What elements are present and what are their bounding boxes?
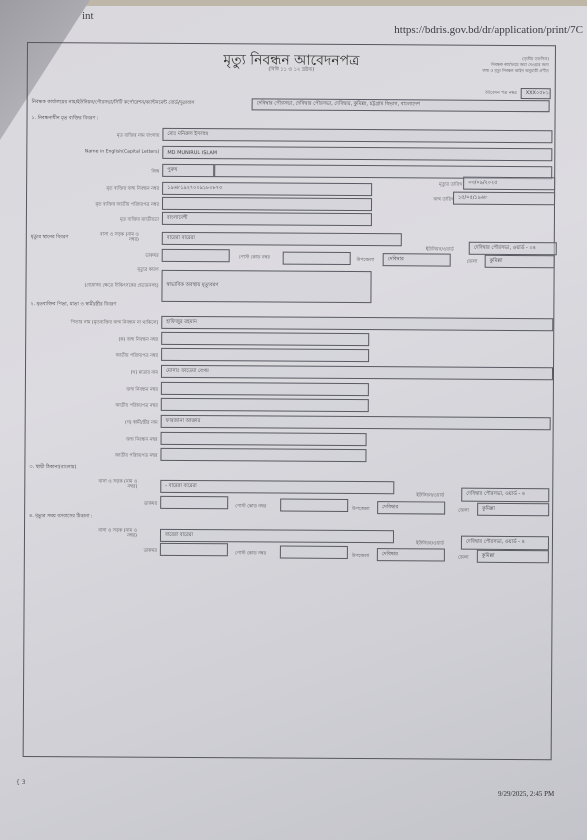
mother-brn-field [161,382,369,396]
death-upazila-label: উপজেলা [357,256,374,264]
birth-date-field: ১৫/০৫/১৯৬৮ [453,192,555,206]
mother-field: মোসাঃ ফাতেমা বেগম [161,365,553,380]
spouse-nid-field [160,448,366,462]
section-1-heading: ১. নিবন্ধনাধীন মৃত ব্যক্তির বিবরণ : [32,115,99,123]
perm-ward-field: দেবিদ্বার পৌরসভা, ওয়ার্ড - ৪ [461,488,549,503]
office-label: নিবন্ধক কার্যালয়ের নাম/ইউনিয়ন/পৌরসভা/স… [32,99,195,108]
father-label: পিতার নাম (মৃতব্যক্তির জন্ম নিবন্ধন না থ… [71,318,159,327]
spouse-nid-label: জাতীয় পরিচয়পত্র নম্বর [115,452,158,460]
perm-post-field [160,496,228,509]
application-number-field: XXX০৫৮১৪ [521,88,551,99]
cause-sub-label: (প্রযোজ্য ক্ষেত্রে চিকিৎসকের প্রত্যয়নসহ… [85,281,159,289]
gender-label: লিঙ্গ [151,168,159,176]
perm-house-label: বাসা ও সড়ক (নাম ও নম্বর) [97,479,137,489]
name-en-label: Name in English(Capital Letters) [85,149,159,154]
gender-field: পুরুষ [162,164,214,177]
death-date-label: মৃত্যুর তারিখ [439,181,462,189]
cause-field: স্বাভাবিক অবস্থায় মৃত্যুবরণ [161,270,371,303]
death-date-field: ০৩/০৯/২০২৫ [463,177,555,191]
mother-label: (খ) মাতার নাম [131,369,158,377]
perm-post-label: ডাকঘর [144,500,157,508]
section-3-heading: ৩. স্থায়ী ঠিকানা(বাংলায়) [29,464,76,472]
birth-date-label: জন্ম তারিখ [433,195,454,203]
death-house-field: বারেরা বারেরা [162,232,402,246]
death-place-label: মৃত্যুর স্থানের বিবরণ [31,234,69,242]
death-post-field [162,249,230,262]
form-frame: মৃত্যু নিবন্ধন আবেদনপত্র (বিধি ১১ ও ১২ দ… [23,42,556,760]
brn-field: ১৯৬৮১৯২৭০০৯১৮০৮৭৩ [162,182,372,196]
brn-label: মৃত ব্যক্তির জন্ম নিবন্ধন নম্বর [106,184,159,192]
section-4-heading: ৪. মৃত্যুর সময় বসবাসের ঠিকানা : [29,513,92,521]
res-ward-field: দেবিদ্বার পৌরসভা, ওয়ার্ড - ৪ [461,536,549,551]
res-upazila-label: উপজেলা [352,552,369,560]
perm-house-field: - বারেরা বারেরা [160,480,394,494]
death-postcode-field [283,252,351,265]
nationality-field: বাংলাদেশী [162,212,372,226]
death-district-field: কুমিল্লা [485,255,555,268]
res-house-field: বারেরা বারেরা [160,529,394,543]
perm-upazila-label: উপজেলা [352,505,369,513]
mother-nid-label: জাতীয় পরিচয়পত্র নম্বর [115,402,158,410]
mother-nid-field [161,398,369,412]
nationality-label: মৃত ব্যক্তির জাতীয়তা [120,216,159,224]
father-brn-field [161,332,369,346]
death-ward-field: দেবিদ্বার পৌরসভা, ওয়ার্ড - ০৪ [469,242,557,256]
perm-upazila-field: দেবিদ্বার [377,501,445,514]
spouse-field: ফারজানা আক্তার [161,415,551,430]
perm-district-field: কুমিল্লা [477,503,549,516]
perm-district-label: জেলা [458,507,469,515]
res-post-label: ডাকঘর [144,547,157,555]
cause-label: মৃত্যুর কারণ [137,266,158,274]
name-bn-label: মৃত ব্যক্তির নাম বাংলায় [117,132,160,140]
print-header-title: int [82,10,94,22]
name-en-field: MD MUNIRUL ISLAM [162,146,552,161]
res-district-label: জেলা [458,554,469,562]
print-timestamp: 9/29/2025, 2:45 PM [498,790,554,798]
section-2-heading: ২. মৃতব্যক্তির পিতা, মাতা ও স্বামী/স্ত্র… [30,301,116,310]
spouse-label: (গ) স্বামী/স্ত্রীর নাম [125,419,158,427]
res-ward-label: ইউনিয়ন/ওয়ার্ড [416,539,444,547]
name-bn-field: মোঃ মনিরুল ইসলাম [162,128,552,143]
print-header-url: https://bdris.gov.bd/dr/application/prin… [394,24,583,36]
death-house-label: বাসা ও সড়ক (নাম ও নম্বর) [99,232,139,242]
background-surface [80,0,587,6]
perm-postcode-field [280,499,348,512]
application-number: আবেদন পত্র নম্বর XXX০৫৮১৪ [485,88,551,99]
page-number: { 3 [16,779,26,786]
form-right-note: (তৃতীয় তফসিল) নিবন্ধক কার্যালয়ে জমা দে… [482,56,548,74]
death-post-label: ডাকঘর [145,252,158,260]
res-post-field [160,543,228,556]
father-nid-field [161,348,369,362]
mother-brn-label: জন্ম নিবন্ধন নম্বর [126,386,158,394]
death-postcode-label: পোস্ট কোড নম্বর [239,253,270,261]
death-ward-label: ইউনিয়ন/ওয়ার্ড [426,245,454,253]
perm-ward-label: ইউনিয়ন/ওয়ার্ড [416,491,444,499]
nid-label: মৃত ব্যক্তির জাতীয় পরিচয়পত্র নম্বর [95,200,159,208]
res-postcode-label: পোস্ট কোড নম্বর [235,549,266,557]
spouse-brn-label: জন্ম নিবন্ধন নম্বর [126,436,158,444]
spouse-brn-field [161,432,367,446]
nid-field [162,197,372,211]
father-field: হাফিজুর রহমান [161,316,553,331]
res-house-label: বাসা ও সড়ক (নাম ও নম্বর) [97,528,137,538]
father-brn-label: (ক) জন্ম নিবন্ধন নম্বর [118,336,158,344]
res-upazila-field: দেবিদ্বার [377,548,445,561]
office-field: দেবিদ্বার পৌরসভা, দেবিদ্বার পৌরসভা, দেবি… [252,98,550,112]
father-nid-label: জাতীয় পরিচয়পত্র নম্বর [116,352,159,360]
res-district-field: কুমিল্লা [477,550,549,563]
death-district-label: জেলা [467,258,478,266]
res-postcode-field [280,546,348,559]
perm-postcode-label: পোস্ট কোড নম্বর [235,502,266,510]
death-upazila-field: দেবিদ্বার [383,253,451,266]
